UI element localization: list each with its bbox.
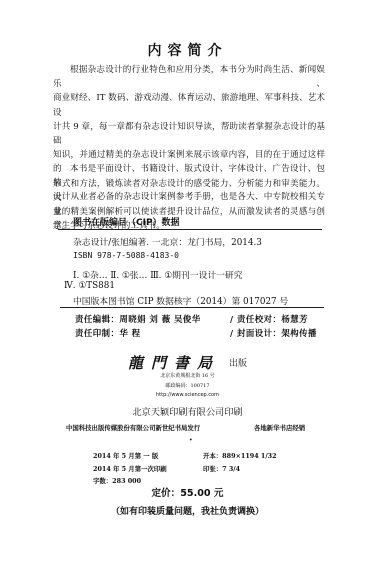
format: 开本：889×1194 1/32 xyxy=(203,451,277,460)
divider xyxy=(58,229,322,230)
staff-printing: 责任印制：华 程 xyxy=(75,327,141,339)
cip-isbn: ISBN 978-7-5088-4183-0 xyxy=(73,251,179,260)
page-title: 内容简介 xyxy=(0,40,375,60)
sheets: 印张：7 3/4 xyxy=(203,464,240,473)
cip-title-line: 杂志设计/张旭编著. 一北京：龙门书局，2014.3 xyxy=(73,235,262,248)
publisher-website: http://www.sciencep.com xyxy=(0,392,375,398)
cip-classification: Ⅰ. ①杂… Ⅱ. ①张… Ⅲ. ①期刊一设计一研究 xyxy=(73,268,243,281)
cip-heading: 图书在版编目（CIP）数据 xyxy=(73,215,180,228)
staff-cover-design: / 封面设计：架构传播 xyxy=(230,327,317,339)
publisher-suffix: 出版 xyxy=(229,356,247,369)
distributor: 中国科技出版传媒股份有限公司新世纪书局发行 xyxy=(66,423,200,432)
text-line: 商业财经、IT 数码、游戏动漫、体育运动、旅游地理、军事科技、艺术设 xyxy=(53,91,325,119)
cip-classification-2: Ⅳ. ①TS881 xyxy=(64,281,115,291)
publisher-postcode: 邮政编码：100717 xyxy=(0,382,375,389)
publisher-address: 北京东黄城根北街 16 号 xyxy=(0,372,375,379)
edition: 2014 年 5 月第 一 版 xyxy=(93,451,158,460)
separator-dot: • xyxy=(189,437,193,444)
publisher-logo: 龍門書局 xyxy=(128,352,220,373)
staff-editor: 责任编辑：周晓娟 刘 薇 吴俊华 xyxy=(75,313,201,325)
word-count: 字数：283 000 xyxy=(93,476,141,485)
staff-proofreader: / 责任校对：杨慧芳 xyxy=(230,313,308,325)
printer: 北京天颖印刷有限公司印刷 xyxy=(0,404,375,418)
text-line: 根据杂志设计的行业特色和应用分类，本书分为时尚生活、新闻娱乐、 xyxy=(53,63,325,91)
retailer: 各地新华书店经销 xyxy=(254,423,305,432)
cip-library-record: 中国版本图书馆 CIP 数据核字（2014）第 017027 号 xyxy=(73,294,288,307)
quality-notice: （如有印装质量问题，我社负责调换） xyxy=(0,504,375,517)
text-line: 本书是平面设计、书籍设计、版式设计、字体设计、广告设计、包装 xyxy=(53,162,325,190)
divider xyxy=(60,307,324,308)
price: 定价：55.00 元 xyxy=(0,485,375,499)
text-line: 计共 9 章，每一章都有杂志设计知识导读，帮助读者掌握杂志设计的基础 xyxy=(53,120,325,148)
print-run: 2014 年 5 月第一次印刷 xyxy=(93,464,167,473)
